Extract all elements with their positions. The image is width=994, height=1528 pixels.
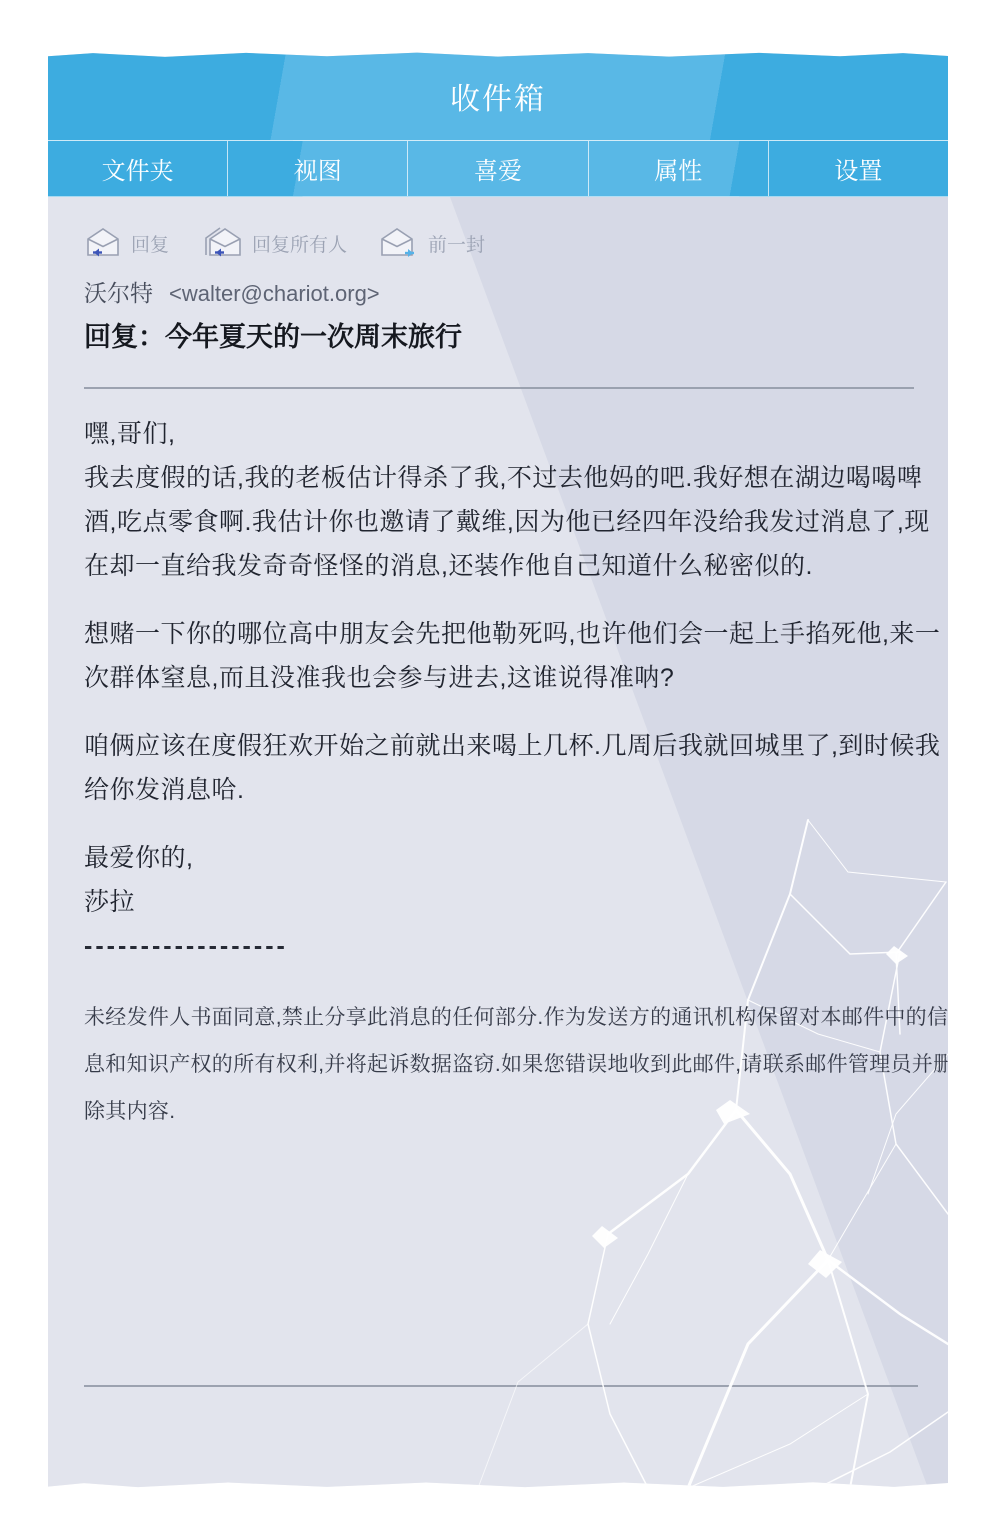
- body-paragraph-0: 我去度假的话,我的老板估计得杀了我,不过去他妈的吧.我好想在湖边喝喝啤酒,吃点零…: [84, 456, 942, 588]
- previous-message-button[interactable]: 前一封: [379, 227, 485, 259]
- signature-name: 莎拉: [84, 880, 942, 924]
- envelope-arrow-right-icon: [379, 227, 419, 259]
- bottom-divider: [84, 1385, 918, 1387]
- broken-screen-page: 收件箱 文件夹视图喜爱属性设置: [0, 0, 994, 1528]
- envelopes-arrow-left-icon: [201, 227, 243, 259]
- body-paragraph-1: 想赌一下你的哪位高中朋友会先把他勒死吗,也许他们会一起上手掐死他,来一次群体窒息…: [84, 612, 942, 700]
- menubar: 文件夹视图喜爱属性设置: [48, 140, 948, 197]
- menu-item-0[interactable]: 文件夹: [48, 141, 227, 196]
- previous-label: 前一封: [428, 230, 485, 257]
- closing: 最爱你的,: [84, 836, 942, 880]
- menu-item-1[interactable]: 视图: [227, 141, 407, 196]
- reply-label: 回复: [131, 230, 169, 257]
- signature-divider: ------------------: [84, 924, 942, 968]
- body-paragraphs: 我去度假的话,我的老板估计得杀了我,不过去他妈的吧.我好想在湖边喝喝啤酒,吃点零…: [84, 456, 942, 812]
- envelope-arrow-left-icon: [84, 227, 122, 259]
- menu-item-2[interactable]: 喜爱: [407, 141, 587, 196]
- reply-all-label: 回复所有人: [252, 230, 347, 257]
- app-header: 收件箱 文件夹视图喜爱属性设置: [48, 52, 948, 197]
- titlebar: 收件箱: [48, 52, 948, 140]
- header-divider: [84, 387, 914, 389]
- sender-email: <walter@chariot.org>: [169, 281, 380, 307]
- body-paragraph-2: 咱俩应该在度假狂欢开始之前就出来喝上几杯.几周后我就回城里了,到时候我给你发消息…: [84, 724, 942, 812]
- reply-all-button[interactable]: 回复所有人: [201, 227, 347, 259]
- mail-view: 回复 回复所有人: [48, 227, 948, 1135]
- subject-line: 回复：今年夏天的一次周末旅行: [84, 315, 914, 354]
- greeting: 嘿,哥们,: [84, 412, 942, 456]
- sender-line: 沃尔特 <walter@chariot.org>: [84, 275, 914, 308]
- menu-item-3[interactable]: 属性: [588, 141, 768, 196]
- menu-item-4[interactable]: 设置: [768, 141, 948, 196]
- email-body: 嘿,哥们, 我去度假的话,我的老板估计得杀了我,不过去他妈的吧.我好想在湖边喝喝…: [84, 412, 942, 968]
- email-app-window: 收件箱 文件夹视图喜爱属性设置: [48, 52, 948, 1488]
- disclaimer-text: 未经发件人书面同意,禁止分享此消息的任何部分.作为发送方的通讯机构保留对本邮件中…: [84, 994, 964, 1135]
- mail-toolbar: 回复 回复所有人: [84, 227, 914, 259]
- window-title: 收件箱: [450, 74, 546, 118]
- reply-button[interactable]: 回复: [84, 227, 169, 259]
- sender-name: 沃尔特: [84, 275, 153, 308]
